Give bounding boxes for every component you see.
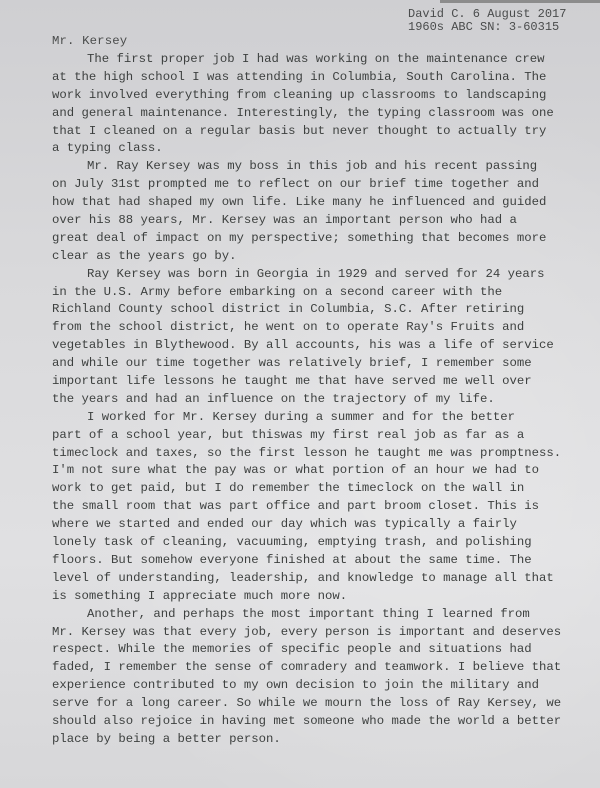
text-line: Mr. Ray Kersey was my boss in this job a…: [52, 158, 572, 176]
paragraph: Another, and perhaps the most important …: [52, 606, 572, 749]
text-line: where we started and ended our day which…: [52, 516, 572, 534]
letter-body: The first proper job I had was working o…: [52, 51, 572, 749]
paragraph: Mr. Ray Kersey was my boss in this job a…: [52, 158, 572, 265]
text-line: serve for a long career. So while we mou…: [52, 695, 572, 713]
text-line: experience contributed to my own decisio…: [52, 677, 572, 695]
class-serial-line: 1960s ABC SN: 3-60315: [408, 21, 566, 34]
text-line: should also rejoice in having met someon…: [52, 713, 572, 731]
typewritten-page: David C. 6 August 2017 1960s ABC SN: 3-6…: [0, 0, 600, 788]
page-edge-shadow: [440, 0, 600, 3]
paragraph: I worked for Mr. Kersey during a summer …: [52, 409, 572, 606]
paragraph: The first proper job I had was working o…: [52, 51, 572, 158]
text-line: part of a school year, but thiswas my fi…: [52, 427, 572, 445]
text-line: timeclock and taxes, so the first lesson…: [52, 445, 572, 463]
text-line: great deal of impact on my perspective; …: [52, 230, 572, 248]
text-line: clear as the years go by.: [52, 248, 572, 266]
text-line: respect. While the memories of specific …: [52, 641, 572, 659]
text-line: Mr. Kersey was that every job, every per…: [52, 624, 572, 642]
text-line: Ray Kersey was born in Georgia in 1929 a…: [52, 266, 572, 284]
document-header: David C. 6 August 2017 1960s ABC SN: 3-6…: [408, 8, 566, 34]
text-line: Richland County school district in Colum…: [52, 301, 572, 319]
text-line: the small room that was part office and …: [52, 498, 572, 516]
text-line: and general maintenance. Interestingly, …: [52, 105, 572, 123]
text-line: and while our time together was relative…: [52, 355, 572, 373]
text-line: from the school district, he went on to …: [52, 319, 572, 337]
text-line: I worked for Mr. Kersey during a summer …: [52, 409, 572, 427]
text-line: important life lessons he taught me that…: [52, 373, 572, 391]
text-line: at the high school I was attending in Co…: [52, 69, 572, 87]
text-line: the years and had an influence on the tr…: [52, 391, 572, 409]
text-line: is something I appreciate much more now.: [52, 588, 572, 606]
text-line: vegetables in Blythewood. By all account…: [52, 337, 572, 355]
text-line: I'm not sure what the pay was or what po…: [52, 462, 572, 480]
text-line: floors. But somehow everyone finished at…: [52, 552, 572, 570]
paragraph: Ray Kersey was born in Georgia in 1929 a…: [52, 266, 572, 409]
text-line: faded, I remember the sense of comradery…: [52, 659, 572, 677]
text-line: lonely task of cleaning, vacuuming, empt…: [52, 534, 572, 552]
text-line: The first proper job I had was working o…: [52, 51, 572, 69]
salutation: Mr. Kersey: [52, 34, 127, 48]
text-line: work to get paid, but I do remember the …: [52, 480, 572, 498]
text-line: Another, and perhaps the most important …: [52, 606, 572, 624]
text-line: work involved everything from cleaning u…: [52, 87, 572, 105]
text-line: level of understanding, leadership, and …: [52, 570, 572, 588]
text-line: over his 88 years, Mr. Kersey was an imp…: [52, 212, 572, 230]
text-line: that I cleaned on a regular basis but ne…: [52, 123, 572, 141]
text-line: in the U.S. Army before embarking on a s…: [52, 284, 572, 302]
text-line: place by being a better person.: [52, 731, 572, 749]
text-line: on July 31st prompted me to reflect on o…: [52, 176, 572, 194]
text-line: a typing class.: [52, 140, 572, 158]
text-line: how that had shaped my own life. Like ma…: [52, 194, 572, 212]
